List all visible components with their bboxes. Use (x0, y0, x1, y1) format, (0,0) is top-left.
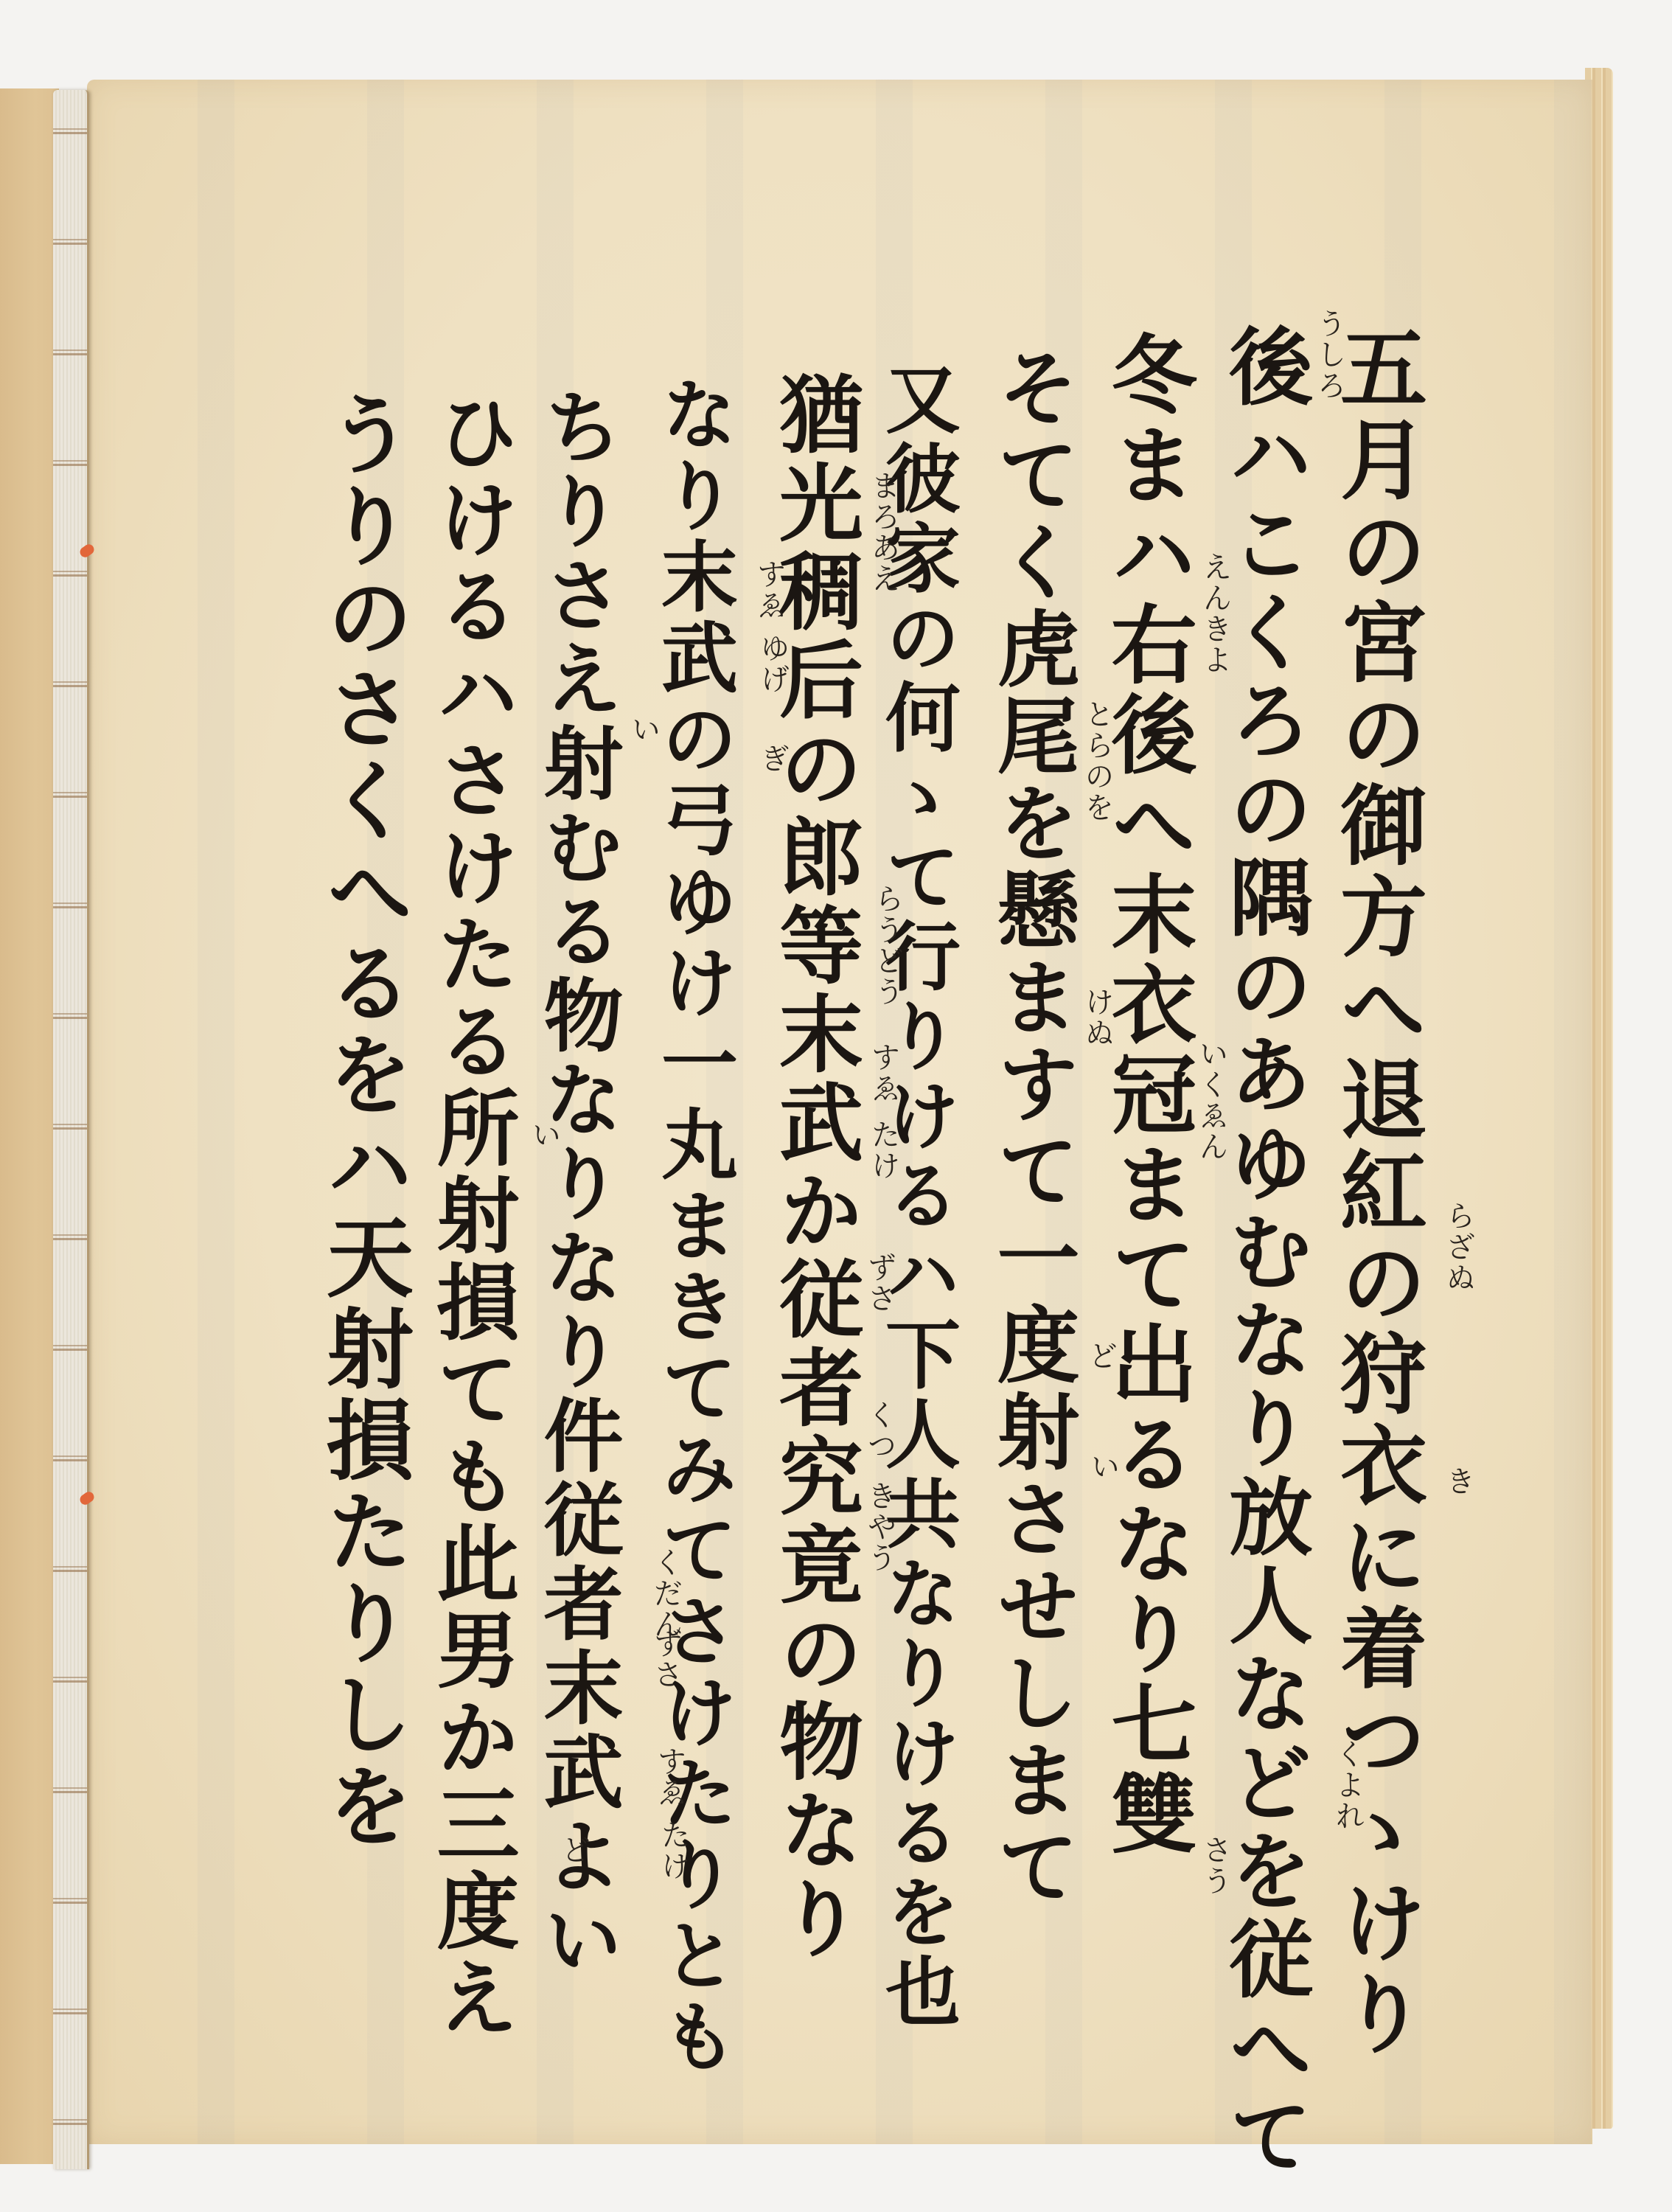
furigana: い (1088, 1451, 1118, 1482)
furigana: くつ (865, 1399, 894, 1461)
furigana: ど (559, 1834, 588, 1865)
text-column-8: ちりさえ射むる物なりなり件従者末武よい (537, 386, 616, 1983)
text-column-4: そてく虎尾を懸ますて一度射させしまて (990, 345, 1073, 1911)
furigana: とらのを (1082, 699, 1112, 823)
furigana: き (1443, 1466, 1473, 1497)
binding-spine-cloth (53, 90, 89, 2169)
furigana: くよれ (1333, 1739, 1362, 1832)
manuscript-page: 五月の宮の御方へ退紅の狩衣に着つゝけり 後ハこくろの隅のあゆむなり放人などを従へ… (87, 80, 1592, 2144)
text-column-3: 冬まハ右後へ末衣冠まて出るなり七雙 (1104, 330, 1190, 1860)
furigana: えんきよ (1200, 552, 1230, 675)
furigana: い (629, 714, 658, 745)
manuscript-photo: 五月の宮の御方へ退紅の狩衣に着つゝけり 後ハこくろの隅のあゆむなり放人などを従へ… (0, 0, 1672, 2212)
text-column-5: 又彼家の何ゝて行りけるハ下人共なりけるを也 (879, 360, 955, 2032)
furigana: すゑ (655, 1746, 684, 1808)
text-column-2: 後ハこくろの隅のあゆむなり放人などを従へて (1222, 323, 1306, 2181)
furigana: ゆげ (758, 633, 787, 695)
furigana: まろあえ (868, 470, 898, 594)
furigana: けぬ (1082, 987, 1112, 1048)
furigana: たけ (868, 1119, 898, 1181)
furigana: ど (1086, 1340, 1115, 1371)
furigana: ずさ (865, 1252, 894, 1314)
text-column-10: うりのさくへるをハ天射損たりしを (319, 389, 406, 1852)
furigana: らうどう (872, 883, 902, 1007)
furigana: たけ (658, 1820, 688, 1882)
text-column-9: ひけるハさけたる所射損ても此男か三度え (430, 389, 512, 2042)
furigana: さう (1200, 1834, 1230, 1896)
furigana: ずさ (651, 1628, 680, 1690)
furigana: すゑ (754, 559, 784, 621)
furigana: きやう (865, 1481, 894, 1573)
furigana: うしろ (1314, 308, 1344, 401)
furigana: ぎ (758, 743, 787, 774)
furigana: い (529, 1119, 559, 1150)
furigana: いくゑん (1196, 1038, 1226, 1162)
furigana: らざぬ (1443, 1200, 1473, 1293)
furigana: くだん (651, 1547, 680, 1640)
furigana: すゑ (868, 1042, 898, 1104)
previous-page-edge (0, 88, 59, 2164)
